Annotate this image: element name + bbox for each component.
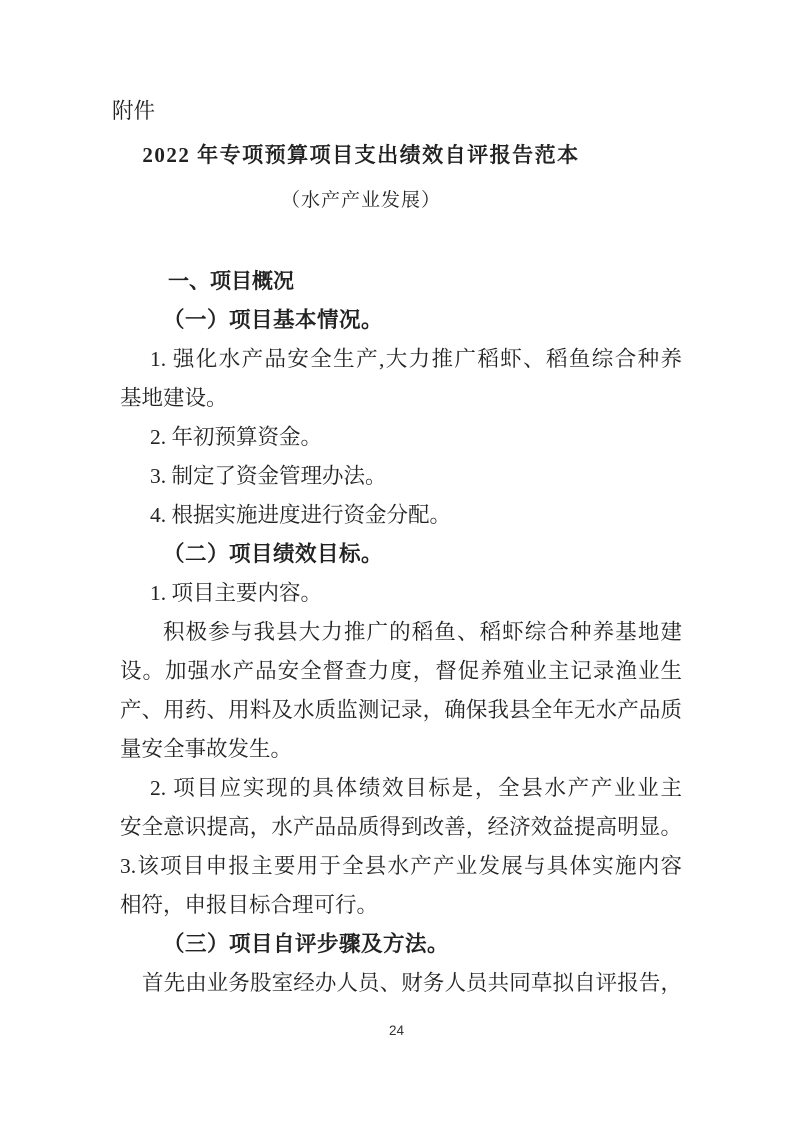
paragraph-line: 3.该项目申报主要用于全县水产产业发展与具体实施内容 xyxy=(120,847,682,886)
paragraph-line: 基地建设。 xyxy=(120,379,682,418)
paragraph-line: 2. 项目应实现的具体绩效目标是，全县水产产业业主 xyxy=(120,769,682,808)
paragraph-line: 3. 制定了资金管理办法。 xyxy=(120,457,682,496)
document-body: 一、项目概况 （一）项目基本情况。 1. 强化水产品安全生产,大力推广稻虾、稻鱼… xyxy=(120,262,682,1003)
paragraph-line: 安全意识提高，水产品品质得到改善，经济效益提高明显。 xyxy=(120,808,682,847)
page-number: 24 xyxy=(0,1022,793,1040)
paragraph-line: 相符，申报目标合理可行。 xyxy=(120,886,682,925)
paragraph-line: 首先由业务股室经办人员、财务人员共同草拟自评报告， xyxy=(120,964,682,1003)
paragraph-line: 2. 年初预算资金。 xyxy=(120,418,682,457)
subsection-heading-basic-info: （一）项目基本情况。 xyxy=(120,301,682,340)
paragraph-line: 1. 项目主要内容。 xyxy=(120,574,682,613)
paragraph-line: 量安全事故发生。 xyxy=(120,730,682,769)
attachment-label: 附件 xyxy=(112,96,155,126)
subsection-heading-self-evaluation-method: （三）项目自评步骤及方法。 xyxy=(120,925,682,964)
paragraph-line: 设。加强水产品安全督查力度，督促养殖业主记录渔业生 xyxy=(120,652,682,691)
document-page: 附件 2022 年专项预算项目支出绩效自评报告范本 （水产产业发展） 一、项目概… xyxy=(0,0,793,1122)
document-subtitle: （水产产业发展） xyxy=(61,186,661,216)
paragraph-line: 4. 根据实施进度进行资金分配。 xyxy=(120,496,682,535)
document-title: 2022 年专项预算项目支出绩效自评报告范本 xyxy=(61,138,661,172)
paragraph-line: 产、用药、用料及水质监测记录，确保我县全年无水产品质 xyxy=(120,691,682,730)
paragraph-line: 积极参与我县大力推广的稻鱼、稻虾综合种养基地建 xyxy=(120,613,682,652)
section-heading-overview: 一、项目概况 xyxy=(120,262,682,301)
paragraph-line: 1. 强化水产品安全生产,大力推广稻虾、稻鱼综合种养 xyxy=(120,340,682,379)
subsection-heading-performance-goals: （二）项目绩效目标。 xyxy=(120,535,682,574)
